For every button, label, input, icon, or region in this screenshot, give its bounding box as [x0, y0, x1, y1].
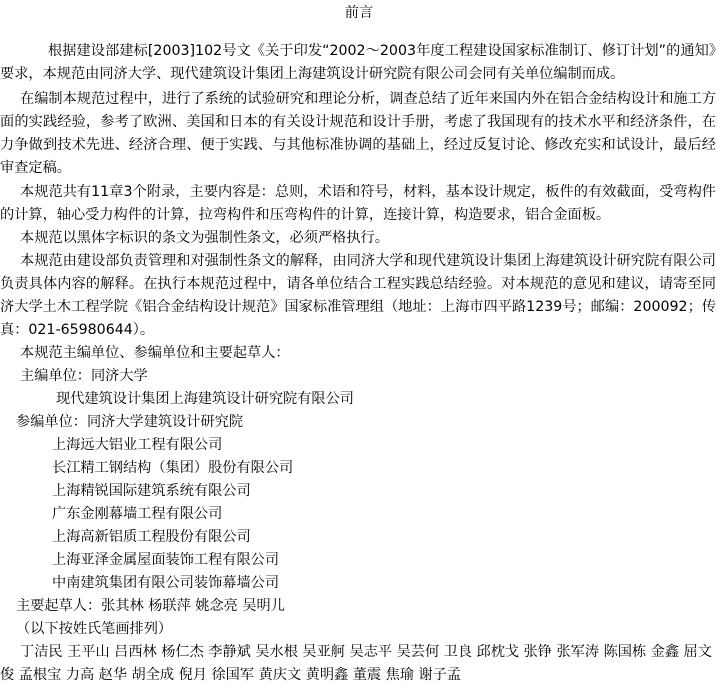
chief-unit-extra: 现代建筑设计集团上海建筑设计研究院有限公司 — [56, 388, 354, 411]
participating-unit: 上海亚泽金属屋面装饰工程有限公司 — [52, 549, 279, 572]
participating-unit: 中南建筑集团有限公司装饰幕墙公司 — [52, 572, 279, 595]
paragraph-contents: 本规范共有11章3个附录，主要内容是：总则，术语和符号，材料，基本设计规定，板件… — [0, 181, 716, 227]
paragraph-management: 本规范由建设部负责管理和对强制性条文的解释，由同济大学和现代建筑设计集团上海建筑… — [0, 250, 716, 342]
units-intro: 本规范主编单位、参编单位和主要起草人： — [20, 342, 290, 365]
other-drafters: 丁洁民 王平山 吕西林 杨仁杰 李静斌 吴水根 吴亚舸 吴志平 吴芸何 卫良 邱… — [0, 641, 712, 683]
participating-unit: 上海高新铝质工程股份有限公司 — [52, 526, 251, 549]
participating-units-label: 参编单位：同济大学建筑设计研究院 — [16, 411, 243, 434]
order-note: （以下按姓氏笔画排列） — [16, 618, 172, 641]
paragraph-process: 在编制本规范过程中，进行了系统的试验研究和理论分析，调查总结了近年来国内外在铝合… — [0, 88, 716, 180]
participating-unit: 广东金刚幕墙工程有限公司 — [52, 503, 222, 526]
paragraph-origin: 根据建设部建标[2003]102号文《关于印发“2002～2003年度工程建设国… — [0, 40, 716, 86]
page-title: 前言 — [0, 3, 718, 23]
participating-unit: 上海精锐国际建筑系统有限公司 — [52, 480, 251, 503]
participating-unit: 长江精工钢结构（集团）股份有限公司 — [52, 457, 293, 480]
chief-units: 主编单位：同济大学 — [20, 365, 148, 388]
paragraph-mandatory: 本规范以黑体字标识的条文为强制性条文，必须严格执行。 — [0, 227, 716, 250]
participating-unit: 上海远大铝业工程有限公司 — [52, 434, 222, 457]
main-drafters: 主要起草人：张其林 杨联萍 姚念亮 吴明儿 — [16, 595, 285, 618]
